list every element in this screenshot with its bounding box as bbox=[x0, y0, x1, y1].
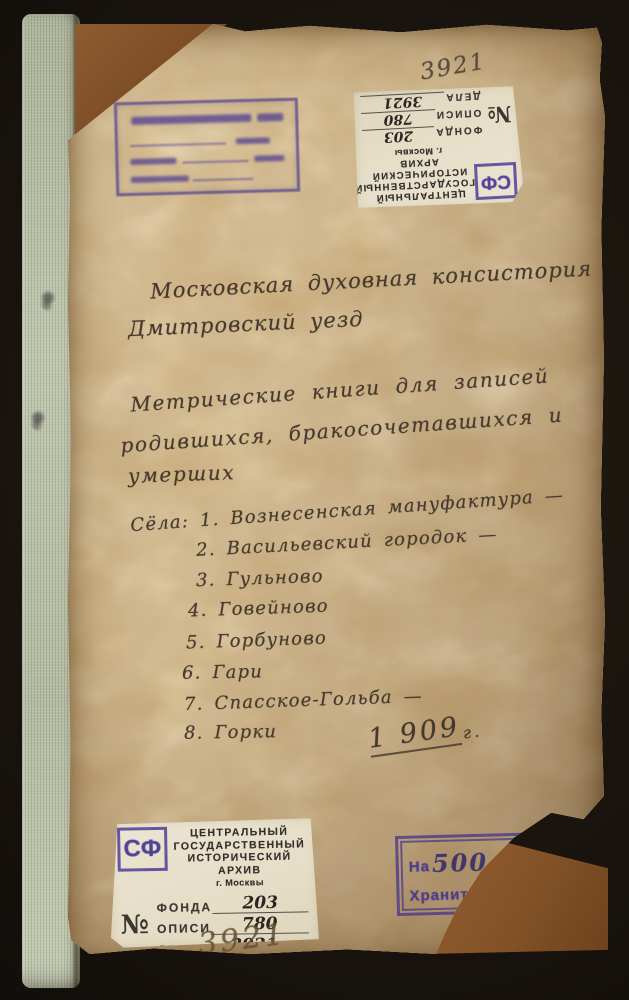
village-line-3: 3. Гульново bbox=[196, 566, 324, 591]
stamp-smudge-line bbox=[236, 137, 270, 144]
stamp-blank-line bbox=[182, 160, 248, 164]
opis-value: 780 bbox=[361, 109, 435, 128]
delo-value: 3921 bbox=[360, 92, 445, 111]
stamp-smudge-line bbox=[130, 158, 176, 165]
sf-stamp: СФ bbox=[474, 162, 518, 200]
opis-label: ОПИСИ bbox=[435, 107, 482, 120]
book-cover-photo: 3921 СФ ЦЕНТРАЛЬНЫЙ ГОСУДАРСТВЕННЫЙ ИСТО… bbox=[0, 0, 629, 1000]
archive-org-line: ИСТОРИЧЕСКИЙ АРХИВ bbox=[171, 850, 307, 877]
stamp-blank-line bbox=[130, 143, 226, 148]
stamp-smudge-line bbox=[257, 113, 283, 122]
archive-label-top-upside-down: СФ ЦЕНТРАЛЬНЫЙ ГОСУДАРСТВЕННЫЙ ИСТОРИЧЕС… bbox=[352, 84, 524, 211]
archive-org-city: г. Москвы bbox=[172, 875, 308, 890]
number-sign: № bbox=[120, 910, 149, 940]
delo-label: ДЕЛА bbox=[444, 90, 481, 103]
fond-value: 203 bbox=[212, 894, 309, 914]
subtitle-line-3: умерших bbox=[128, 460, 236, 488]
count-prefix: На bbox=[409, 858, 431, 876]
spine-ink-doodle bbox=[30, 409, 46, 431]
stamp-smudge-line bbox=[254, 155, 284, 162]
village-line-6: 6. Гари bbox=[182, 661, 263, 683]
stamp-smudge-line bbox=[131, 175, 189, 183]
village-line-8: 8. Горки bbox=[184, 721, 277, 744]
stamp-smudge-line bbox=[131, 114, 251, 125]
front-cover: 3921 СФ ЦЕНТРАЛЬНЫЙ ГОСУДАРСТВЕННЫЙ ИСТО… bbox=[68, 24, 605, 954]
spine-ink-doodle bbox=[40, 289, 56, 311]
stamp-blank-line bbox=[193, 178, 253, 182]
year-suffix: г. bbox=[462, 721, 484, 742]
number-sign: № bbox=[487, 101, 512, 128]
fond-value: 203 bbox=[362, 126, 435, 145]
fond-label: ФОНДА bbox=[434, 124, 482, 137]
fond-label: ФОНДА bbox=[157, 900, 213, 915]
illegible-ink-stamp bbox=[114, 98, 300, 197]
sf-stamp: СФ bbox=[117, 827, 168, 872]
